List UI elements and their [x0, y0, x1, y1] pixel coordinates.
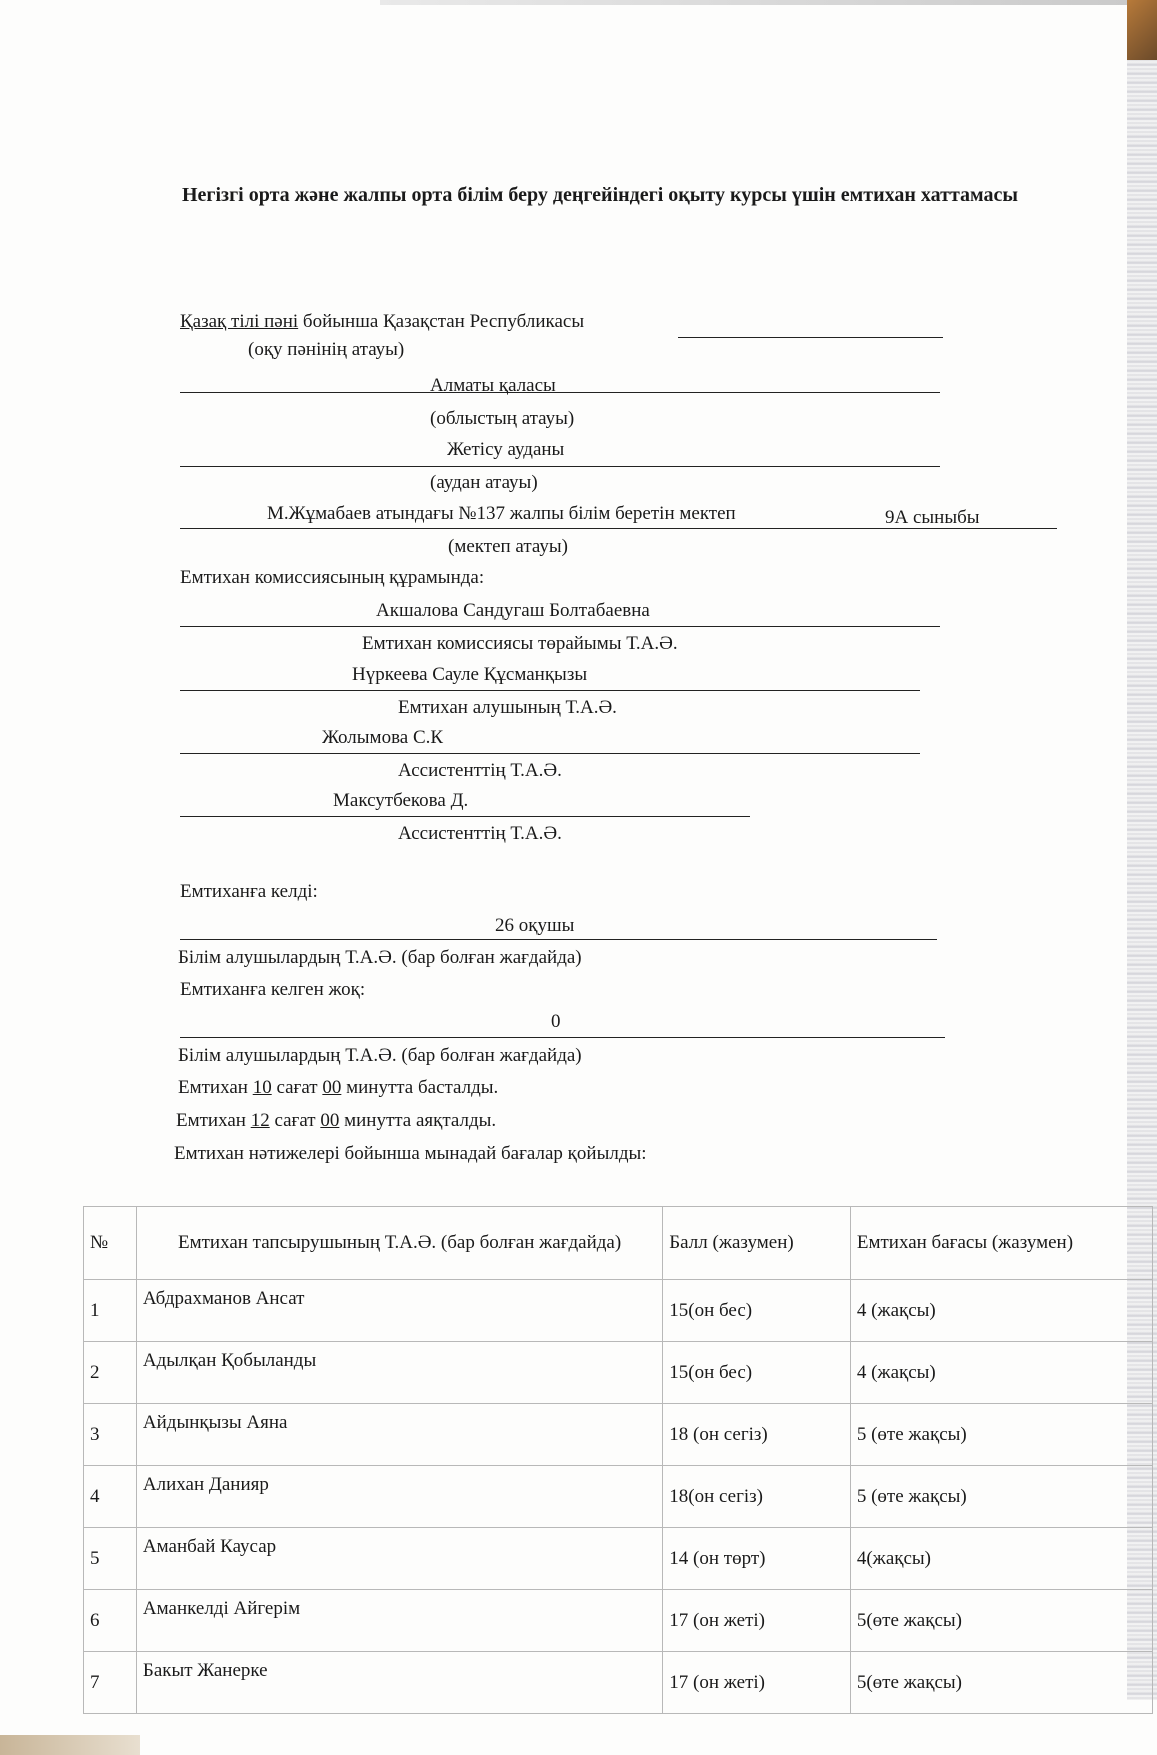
header-name: Емтихан тапсырушының Т.А.Ә. (бар болған … [136, 1207, 662, 1280]
row-num: 2 [84, 1342, 137, 1404]
subject-suffix: бойынша Қазақстан Республикасы [298, 311, 584, 332]
scan-edge-bottom [0, 1735, 140, 1755]
row-num: 4 [84, 1466, 137, 1528]
table-row: 6 Аманкелді Айгерім 17 (он жеті) 5(өте ж… [84, 1590, 1153, 1652]
table-row: 1 Абдрахманов Ансат 15(он бес) 4 (жақсы) [84, 1280, 1153, 1342]
row-score: 17 (он жеті) [663, 1590, 851, 1652]
table-row: 7 Бакыт Жанерке 17 (он жеті) 5(өте жақсы… [84, 1652, 1153, 1714]
end-prefix: Емтихан [176, 1110, 251, 1131]
subject-caption: (оқу пәнінің атауы) [248, 338, 404, 362]
end-mid: сағат [270, 1110, 321, 1131]
commission-rule-1 [180, 690, 920, 691]
commission-rule-0 [180, 626, 940, 627]
subject-line: Қазақ тілі пәні бойынша Қазақстан Респуб… [180, 310, 584, 334]
commission-heading: Емтихан комиссиясының құрамында: [180, 566, 484, 590]
row-num: 6 [84, 1590, 137, 1652]
school-value: М.Жұмабаев атындағы №137 жалпы білім бер… [267, 502, 736, 526]
start-hour: 10 [253, 1077, 272, 1098]
document-title: Негізгі орта және жалпы орта білім беру … [150, 180, 1050, 211]
end-suffix: минутта аяқталды. [339, 1110, 496, 1131]
header-grade: Емтихан бағасы (жазумен) [850, 1207, 1152, 1280]
start-prefix: Емтихан [178, 1077, 253, 1098]
results-heading: Емтихан нәтижелері бойынша мынадай бағал… [174, 1142, 647, 1166]
attended-value: 26 оқушы [495, 914, 574, 938]
subject-value: Қазақ тілі пәні [180, 311, 298, 332]
start-suffix: минутта басталды. [341, 1077, 498, 1098]
commission-rule-2 [180, 753, 920, 754]
end-hour: 12 [251, 1110, 270, 1131]
commission-role-3: Ассистенттің Т.А.Ә. [398, 822, 562, 846]
row-name: Аманкелді Айгерім [136, 1590, 662, 1652]
district-caption: (аудан атауы) [430, 471, 538, 495]
region-caption: (облыстың атауы) [430, 407, 574, 431]
row-grade: 5(өте жақсы) [850, 1590, 1152, 1652]
row-name: Аманбай Каусар [136, 1528, 662, 1590]
attended-rule [180, 939, 937, 940]
row-num: 5 [84, 1528, 137, 1590]
row-name: Айдынқызы Аяна [136, 1404, 662, 1466]
subject-rule [678, 337, 943, 338]
row-score: 15(он бес) [663, 1280, 851, 1342]
grades-table: № Емтихан тапсырушының Т.А.Ә. (бар болға… [83, 1206, 1153, 1714]
commission-name-3: Максутбекова Д. [333, 789, 468, 813]
row-num: 1 [84, 1280, 137, 1342]
attended-caption: Білім алушылардың Т.А.Ә. (бар болған жағ… [178, 946, 582, 970]
commission-role-2: Ассистенттің Т.А.Ә. [398, 759, 562, 783]
row-grade: 5 (өте жақсы) [850, 1466, 1152, 1528]
table-row: 2 Адылқан Қобыланды 15(он бес) 4 (жақсы) [84, 1342, 1153, 1404]
commission-name-0: Акшалова Сандугаш Болтабаевна [376, 599, 650, 623]
start-mid: сағат [272, 1077, 323, 1098]
district-rule [180, 466, 940, 467]
district-value: Жетісу ауданы [447, 438, 564, 462]
absent-rule [180, 1037, 945, 1038]
row-name: Бакыт Жанерке [136, 1652, 662, 1714]
row-grade: 4 (жақсы) [850, 1342, 1152, 1404]
scan-edge-top [380, 0, 1157, 5]
end-minute: 00 [320, 1110, 339, 1131]
attended-label: Емтиханға келді: [180, 880, 318, 904]
row-score: 17 (он жеті) [663, 1652, 851, 1714]
scan-corner [1127, 0, 1157, 60]
region-rule [180, 392, 940, 393]
commission-name-1: Нүркеева Сауле Құсманқызы [352, 663, 587, 687]
row-name: Абдрахманов Ансат [136, 1280, 662, 1342]
row-num: 7 [84, 1652, 137, 1714]
class-value: 9А сыныбы [885, 506, 980, 530]
row-score: 18 (он сегіз) [663, 1404, 851, 1466]
commission-role-1: Емтихан алушының Т.А.Ә. [398, 696, 617, 720]
row-num: 3 [84, 1404, 137, 1466]
table-row: 4 Алихан Данияр 18(он сегіз) 5 (өте жақс… [84, 1466, 1153, 1528]
row-score: 18(он сегіз) [663, 1466, 851, 1528]
row-grade: 4(жақсы) [850, 1528, 1152, 1590]
row-grade: 4 (жақсы) [850, 1280, 1152, 1342]
table-header-row: № Емтихан тапсырушының Т.А.Ә. (бар болға… [84, 1207, 1153, 1280]
exam-start: Емтихан 10 сағат 00 минутта басталды. [178, 1076, 498, 1100]
row-grade: 5 (өте жақсы) [850, 1404, 1152, 1466]
absent-value: 0 [551, 1010, 561, 1034]
scanned-page: Негізгі орта және жалпы орта білім беру … [0, 0, 1157, 1755]
table-row: 5 Аманбай Каусар 14 (он төрт) 4(жақсы) [84, 1528, 1153, 1590]
header-num: № [84, 1207, 137, 1280]
absent-caption: Білім алушылардың Т.А.Ә. (бар болған жағ… [178, 1044, 582, 1068]
row-name: Адылқан Қобыланды [136, 1342, 662, 1404]
absent-label: Емтиханға келген жоқ: [180, 978, 365, 1002]
row-name: Алихан Данияр [136, 1466, 662, 1528]
exam-end: Емтихан 12 сағат 00 минутта аяқталды. [176, 1109, 496, 1133]
table-row: 3 Айдынқызы Аяна 18 (он сегіз) 5 (өте жа… [84, 1404, 1153, 1466]
school-caption: (мектеп атауы) [448, 535, 568, 559]
commission-name-2: Жолымова С.К [322, 726, 443, 750]
commission-role-0: Емтихан комиссиясы төрайымы Т.А.Ә. [362, 632, 678, 656]
region-value: Алматы қаласы [430, 374, 556, 398]
header-score: Балл (жазумен) [663, 1207, 851, 1280]
start-minute: 00 [322, 1077, 341, 1098]
row-score: 15(он бес) [663, 1342, 851, 1404]
commission-rule-3 [180, 816, 750, 817]
row-grade: 5(өте жақсы) [850, 1652, 1152, 1714]
row-score: 14 (он төрт) [663, 1528, 851, 1590]
